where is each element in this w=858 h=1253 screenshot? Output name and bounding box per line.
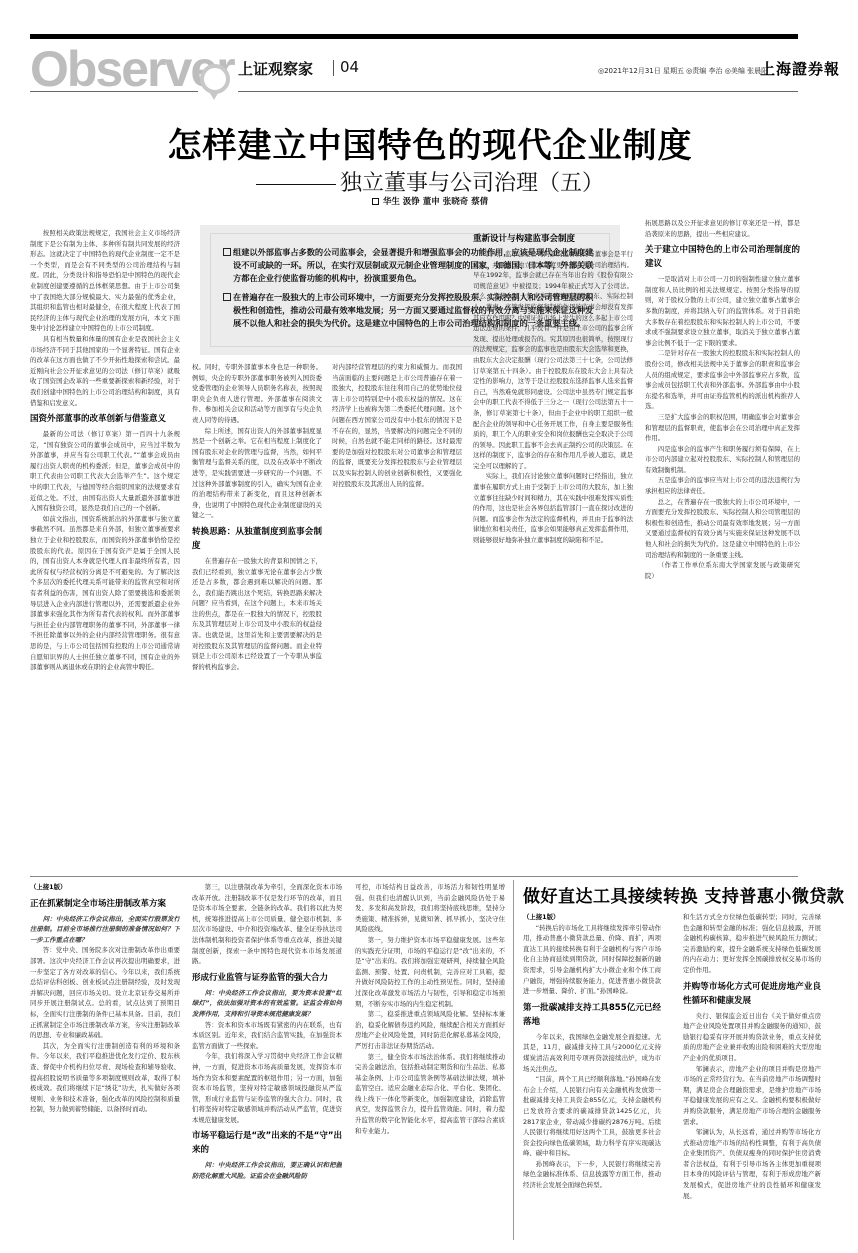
paragraph: 一是取消对上市公司一刀切的强制性建立独立董事制度和人员比例的相关法规规定。按照分… [645, 274, 800, 348]
bottom-right-column-1: （上接1版） “转换后的市场化工具将继续发挥牵引带动作用，推动普惠小微贷款总量、… [523, 912, 661, 1242]
section-heading: 形成行业监管与证券监管的强大合力 [192, 971, 342, 985]
bottom-right-column-2: 和生活方式全方位绿色低碳转型；同时，完善绿色金融和转型金融的标准；强化信息披露，… [683, 912, 821, 1242]
masthead-top-rule [30, 34, 798, 39]
paragraph: 答：党中央、国务院多次对注册制改革作出重要部署。这次中央经济工作会议再次提出明确… [30, 945, 180, 1040]
paragraph: 实际上，我们在讨论独立董事问题时已经指出，独立董事在履职方式上由于受制于上市公司… [473, 471, 633, 545]
paragraph: 邹澜认为，从长远看，通过并购等市场化方式推动房地产市场的结构性调整，有利于高负债… [683, 1127, 821, 1201]
paragraph: 按照相关政策法规规定，我国社会主义市场经济制度下是公有制为主体、多种所有制共同发… [30, 228, 180, 334]
article-column-4: 重新设计与构建监事会制度 其实，监事会是公司内部的监督机构与董事会是平行机构，并… [473, 228, 633, 868]
section-heading: 第一批碳减排支持工具855亿元已经落地 [523, 1001, 661, 1029]
paragraph: 今年，我们将深入学习贯彻中央经济工作会议精神，一方面，促进资本市场高质量发展，发… [192, 1051, 342, 1125]
section-heading: 重新设计与构建监事会制度 [473, 232, 633, 246]
section-heading: 关于建立中国特色的上市公司治理制度的建议 [645, 243, 800, 271]
continued-marker: （上接1版） [30, 882, 180, 893]
section-heading: 转换思路：从独董制度到监事会制度 [192, 525, 322, 553]
paragraph: 第三，健全资本市场法治体系。我们将继续推动完善金融法治，包括推动制定期货和衍生品… [355, 1052, 505, 1137]
masthead-under-rule-left [30, 91, 198, 92]
article-title: 正在抓紧制定全市场注册制改革方案 [30, 897, 180, 911]
author-affiliation: （作者工作单位系东南大学国家发展与政策研究院） [645, 560, 800, 581]
paragraph: 和生活方式全方位绿色低碳转型；同时，完善绿色金融和转型金融的标准；强化信息披露，… [683, 912, 821, 976]
square-bullet-icon [223, 293, 231, 301]
speech-bubble-tail-icon [208, 90, 220, 100]
paragraph: 对内部经营管理层的约束力和威慑力。而我国当前面临的主要问题是上市公司普遍存在着一… [332, 362, 462, 489]
paragraph: 具有相当数量和体量的国有企业是我国社会主义市场经济不同于其他国家的一个显著特征。… [30, 334, 180, 408]
byline: 华生 汲铮 董申 张晓奇 蔡倩 [150, 195, 710, 207]
section-heading: 并购等市场化方式可促进房地产业良性循环和健康发展 [683, 980, 821, 1008]
paragraph: 拓展思路以及公开征求意见的修订草案还是一样，都是沿袭原来的思路，提出一些相应建议… [645, 218, 800, 239]
paragraph: 第三，以注册制改革为牵引，全面深化资本市场改革开放。注册制改革不仅是发行环节的改… [192, 882, 342, 967]
byline-square-icon [372, 198, 379, 205]
section-heading: 市场平稳运行是“改”出来的不是“守”出来的 [192, 1129, 342, 1157]
square-bullet-icon [223, 248, 231, 256]
dateline: ◎2021年12月31日 星期五 ◎责编 李治 ◎美编 张晨阳 [598, 66, 768, 76]
paragraph: 第一，努力维护资本市场平稳健康发展。这些年的实践充分证明，市场的平稳运行是“改”… [355, 935, 505, 1009]
paragraph: 邹澜表示，房地产企业的项目并购是房地产市场的正常经营行为。在当前房地产市场调整时… [683, 1064, 821, 1128]
em-dash [306, 184, 336, 185]
paragraph: “转换后的市场化工具将继续发挥牵引带动作用，推动普惠小微贷款总量、价降、面扩，两… [523, 923, 661, 997]
column-divider [513, 880, 514, 1240]
bottom-left-column-2: 第三，以注册制改革为牵引，全面深化资本市场改革开放。注册制改革不仅是发行环节的改… [192, 882, 342, 1242]
continued-marker: （上接1版） [523, 912, 661, 923]
paragraph: 其次，为全面实行注册制创造有利的环境和条件。今年以来，我们平稳推进优化发行定价、… [30, 1041, 180, 1115]
paragraph: 今年以来，我国绿色金融发展全面提速。尤其是，11月，碳减排支持工具与2000亿元… [523, 1032, 661, 1074]
paragraph: 孙国峰表示，下一步，人民银行将继续完善绿色金融标准体系、信息披露等方面工作，推动… [523, 1159, 661, 1191]
em-dash [256, 184, 306, 185]
page-number: 04 [340, 58, 359, 76]
paragraph: 综上所述，国有出资人的外部董事制度显然是一个创新之举。它在相当程度上制度化了国有… [192, 426, 322, 521]
article-column-5: 拓展思路以及公开征求意见的修订草案还是一样，都是沿袭原来的思路，提出一些相应建议… [645, 218, 800, 868]
question: 问：中央经济工作会议指出，要为资本设置“红绿灯”，依法加强对资本的有效监管。证监… [192, 988, 342, 1020]
paragraph: 其实，监事会是公司内部的监督机构与董事会是平行机构，并且远比独立董事制度更早地进… [473, 249, 633, 471]
paragraph: 在普遍存在一股独大的背景和国情之下，我们已经看到，独立董事无论在董事会占少数还是… [192, 556, 322, 673]
paragraph: 央行、银保监会近日出台《关于做好重点房地产企业风险处置项目并购金融服务的通知》，… [683, 1011, 821, 1064]
main-subheadline: 独立董事与公司治理（五） [150, 166, 710, 197]
masthead-under-rule-right [238, 91, 798, 92]
article-column-2: 权。同时，专职外部董事本身也是一种职务。例如，央企的专职外部董事职务被列入国资委… [192, 362, 322, 868]
paragraph: 权。同时，专职外部董事本身也是一种职务。例如，央企的专职外部董事职务被列入国资委… [192, 362, 322, 426]
article-column-1: 按照相关政策法规规定，我国社会主义市场经济制度下是公有制为主体、多种所有制共同发… [30, 228, 180, 868]
paragraph: 二是针对存在一股独大的控股股东和实际控制人的股份公司，修改相关法规中关于董事会的… [645, 348, 800, 412]
paragraph: 五是监事会的监事应当对上市公司的违法违规行为承担相应的法律责任。 [645, 475, 800, 496]
article-column-3: 对内部经营管理层的约束力和威慑力。而我国当前面临的主要问题是上市公司普遍存在着一… [332, 362, 462, 868]
subtitle-text: 独立董事与公司治理（五） [340, 171, 604, 196]
section-name: 上证观察家 [238, 58, 313, 79]
paragraph: 最新的公司法（修订草案）第一百四十九条规定，“国有独资公司的董事会成员中，应当过… [30, 429, 180, 514]
section-heading: 国资外部董事的改革创新与借鉴意义 [30, 412, 180, 426]
paragraph: 总之，在普遍存在一股独大的上市公司环境中，一方面要充分发挥控股股东、实际控制人和… [645, 497, 800, 561]
section-separator [333, 60, 334, 76]
paragraph: 如前文指出，国资系统派出的外部董事与独立董事截然不同。虽然都是来自外部，但独立董… [30, 514, 180, 673]
question: 问：中央经济工作会议指出，要正确认识和把握防范化解重大风险。证监会在金融风险防 [192, 1160, 342, 1181]
section-divider [30, 876, 798, 877]
question: 问：中央经济工作会议指出，全面实行股票发行注册制。目前全市场推行注册制的准备情况… [30, 914, 180, 946]
bottom-left-column-3: 可控，市场结构日益改善，市场活力和韧性明显增强。但我们也清醒认识到，当前金融风险… [355, 882, 505, 1242]
newspaper-logo: 上海證券報 [760, 58, 840, 79]
paragraph: “目前，两个工具已经顺利落地。”孙国峰在发布会上介绍，人民银行向有关金融机构发放… [523, 1074, 661, 1159]
paragraph: 可控，市场结构日益改善，市场活力和韧性明显增强。但我们也清醒认识到，当前金融风险… [355, 882, 505, 935]
paragraph: 三是扩大监事会的职权范围，明确监事会对董事会和管理层的监督职责，使监事会在公司治… [645, 412, 800, 444]
paragraph: 第二，稳妥推进重点领域风险化解。坚持标本兼治，稳妥化解债券违约风险，继续配合相关… [355, 1009, 505, 1051]
paragraph: 四是监事会的监事产生和职务履行须有保障，在上市公司内部建立起对控股股东、实际控制… [645, 444, 800, 476]
paragraph: 答：资本和资本市场既有紧密的内在联系，也有本质区别。近年来，我们结合监管实践，在… [192, 1020, 342, 1052]
byline-authors: 华生 汲铮 董申 张晓奇 蔡倩 [383, 197, 488, 207]
main-headline: 怎样建立中国特色的现代企业制度 [150, 118, 710, 167]
bottom-left-column-1: （上接1版） 正在抓紧制定全市场注册制改革方案 问：中央经济工作会议指出，全面实… [30, 882, 180, 1242]
bottom-right-headline: 做好直达工具接续转换 支持普惠小微贷款 [523, 882, 843, 907]
